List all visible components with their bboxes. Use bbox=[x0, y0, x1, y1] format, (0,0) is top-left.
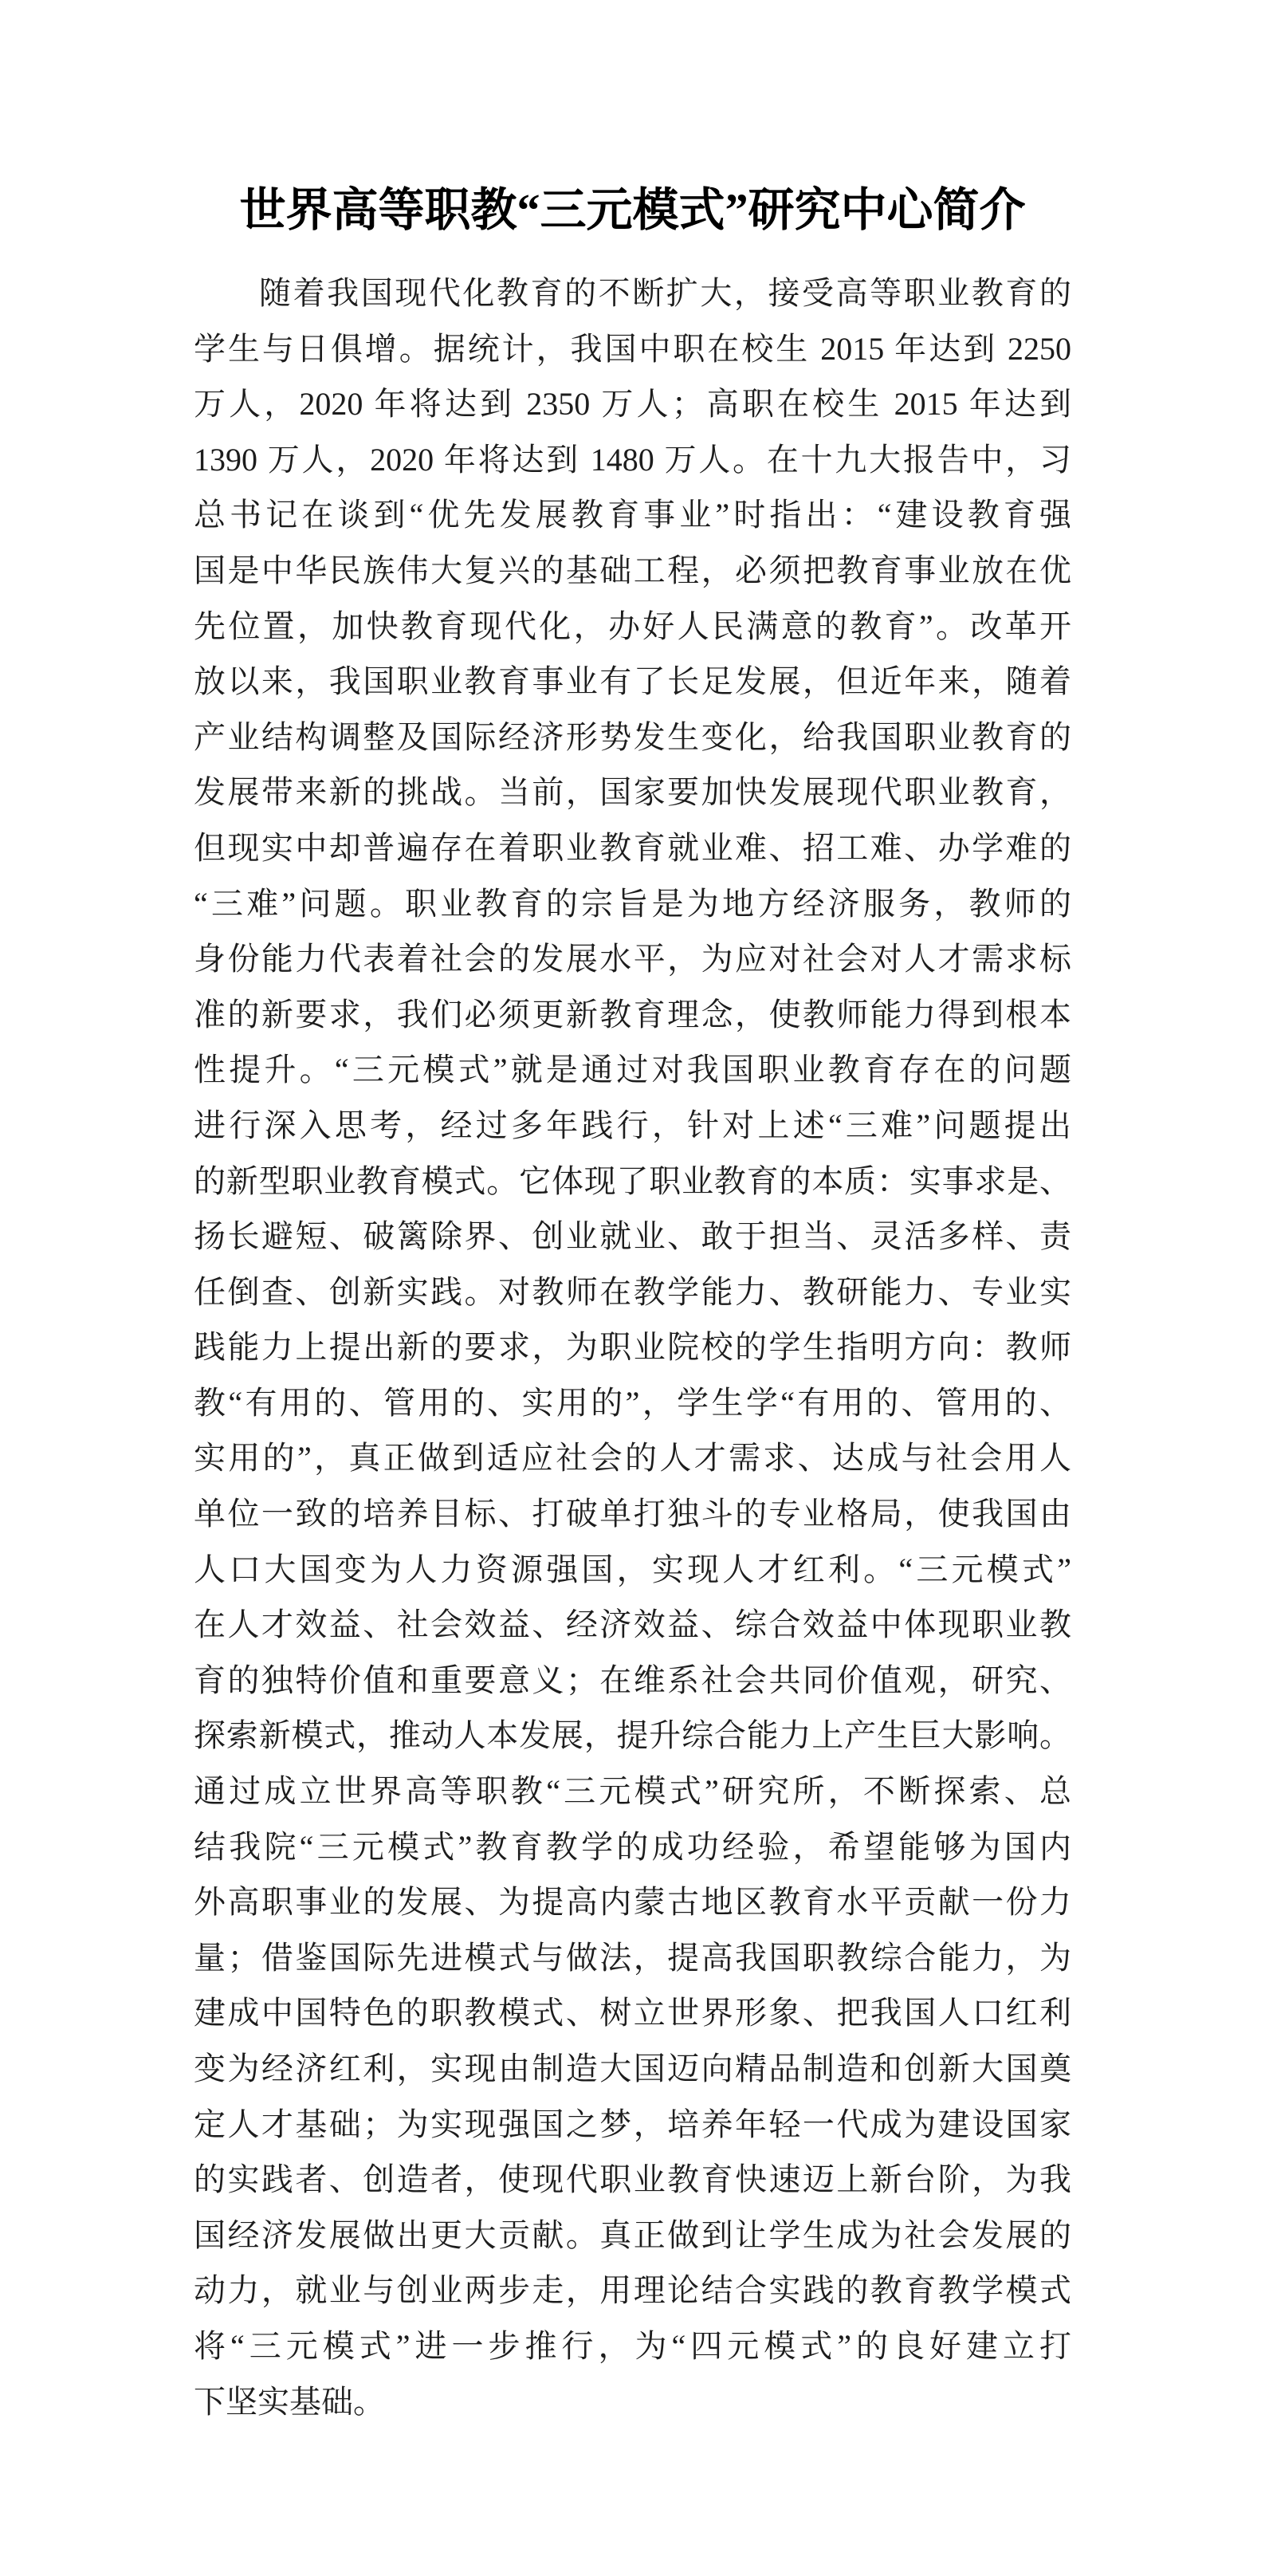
paragraph-line: 的新型职业教育模式。它体现了职业教育的本质：实事求是、 bbox=[194, 1154, 1071, 1209]
paragraph-line: 学生与日俱增。据统计，我国中职在校生 2015 年达到 2250 bbox=[194, 321, 1071, 377]
paragraph-line: 育的独特价值和重要意义；在维系社会共同价值观，研究、 bbox=[194, 1653, 1071, 1709]
paragraph-line: 教“有用的、管用的、实用的”，学生学“有用的、管用的、 bbox=[194, 1375, 1071, 1431]
paragraph-line: 在人才效益、社会效益、经济效益、综合效益中体现职业教 bbox=[194, 1597, 1071, 1653]
paragraph-line: 扬长避短、破篱除界、创业就业、敢于担当、灵活多样、责 bbox=[194, 1209, 1071, 1264]
paragraph-line: 的实践者、创造者，使现代职业教育快速迈上新台阶，为我 bbox=[194, 2152, 1071, 2208]
document-body: 随着我国现代化教育的不断扩大，接受高等职业教育的学生与日俱增。据统计，我国中职在… bbox=[194, 265, 1071, 2429]
paragraph-line: 结我院“三元模式”教育教学的成功经验，希望能够为国内 bbox=[194, 1819, 1071, 1875]
paragraph-line: 进行深入思考，经过多年践行，针对上述“三难”问题提出 bbox=[194, 1098, 1071, 1154]
paragraph-line: 国是中华民族伟大复兴的基础工程，必须把教育事业放在优 bbox=[194, 543, 1071, 599]
document-title: 世界高等职教“三元模式”研究中心简介 bbox=[0, 184, 1265, 237]
paragraph-line: 探索新模式，推动人本发展，提升综合能力上产生巨大影响。 bbox=[194, 1708, 1071, 1764]
paragraph-line: 但现实中却普遍存在着职业教育就业难、招工难、办学难的 bbox=[194, 820, 1071, 876]
paragraph-line: 性提升。“三元模式”就是通过对我国职业教育存在的问题 bbox=[194, 1042, 1071, 1098]
document-page: 世界高等职教“三元模式”研究中心简介 随着我国现代化教育的不断扩大，接受高等职业… bbox=[0, 0, 1265, 2576]
paragraph-line: 准的新要求，我们必须更新教育理念，使教师能力得到根本 bbox=[194, 987, 1071, 1043]
paragraph-line: 通过成立世界高等职教“三元模式”研究所，不断探索、总 bbox=[194, 1764, 1071, 1819]
paragraph-line: 践能力上提出新的要求，为职业院校的学生指明方向：教师 bbox=[194, 1319, 1071, 1375]
paragraph-line: 1390 万人，2020 年将达到 1480 万人。在十九大报告中，习 bbox=[194, 432, 1071, 488]
paragraph-line: 身份能力代表着社会的发展水平，为应对社会对人才需求标 bbox=[194, 931, 1071, 987]
paragraph-line: 外高职事业的发展、为提高内蒙古地区教育水平贡献一份力 bbox=[194, 1874, 1071, 1930]
paragraph-line: 建成中国特色的职教模式、树立世界形象、把我国人口红利 bbox=[194, 1985, 1071, 2041]
paragraph-line: 单位一致的培养目标、打破单打独斗的专业格局，使我国由 bbox=[194, 1486, 1071, 1542]
paragraph-line: 人口大国变为人力资源强国，实现人才红利。“三元模式” bbox=[194, 1542, 1071, 1598]
paragraph-line: 动力，就业与创业两步走，用理论结合实践的教育教学模式 bbox=[194, 2263, 1071, 2318]
paragraph-line: 下坚实基础。 bbox=[194, 2374, 1071, 2430]
paragraph-line: “三难”问题。职业教育的宗旨是为地方经济服务，教师的 bbox=[194, 876, 1071, 932]
paragraph-line: 随着我国现代化教育的不断扩大，接受高等职业教育的 bbox=[194, 265, 1071, 321]
paragraph-line: 定人才基础；为实现强国之梦，培养年轻一代成为建设国家 bbox=[194, 2097, 1071, 2153]
paragraph-line: 先位置，加快教育现代化，办好人民满意的教育”。改革开 bbox=[194, 599, 1071, 655]
paragraph-line: 发展带来新的挑战。当前，国家要加快发展现代职业教育， bbox=[194, 765, 1071, 820]
paragraph-line: 量；借鉴国际先进模式与做法，提高我国职教综合能力，为 bbox=[194, 1930, 1071, 1986]
paragraph-line: 任倒查、创新实践。对教师在教学能力、教研能力、专业实 bbox=[194, 1264, 1071, 1320]
paragraph-line: 总书记在谈到“优先发展教育事业”时指出：“建设教育强 bbox=[194, 487, 1071, 543]
paragraph-line: 放以来，我国职业教育事业有了长足发展，但近年来，随着 bbox=[194, 654, 1071, 710]
paragraph-line: 变为经济红利，实现由制造大国迈向精品制造和创新大国奠 bbox=[194, 2041, 1071, 2097]
paragraph-line: 万人，2020 年将达到 2350 万人；高职在校生 2015 年达到 bbox=[194, 376, 1071, 432]
paragraph-line: 产业结构调整及国际经济形势发生变化，给我国职业教育的 bbox=[194, 710, 1071, 765]
paragraph-line: 将“三元模式”进一步推行，为“四元模式”的良好建立打 bbox=[194, 2318, 1071, 2374]
paragraph-line: 国经济发展做出更大贡献。真正做到让学生成为社会发展的 bbox=[194, 2208, 1071, 2263]
paragraph-line: 实用的”，真正做到适应社会的人才需求、达成与社会用人 bbox=[194, 1430, 1071, 1486]
